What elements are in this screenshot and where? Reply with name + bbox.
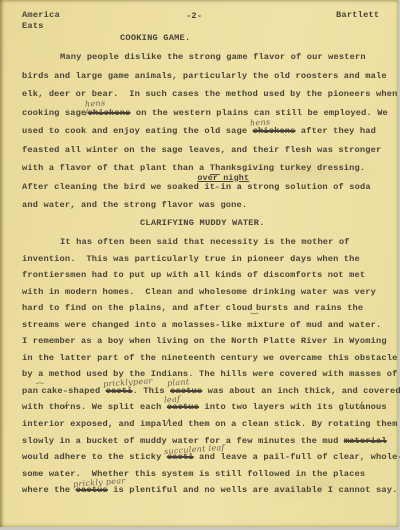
typed-line: in the latter part of the nineteenth cen… (22, 348, 398, 365)
typed-line: birds and large game animals, particular… (22, 65, 398, 84)
typed-text: After cleaning the bird we soaked (22, 182, 204, 192)
typed-text: with a flavor of that plant than a (22, 163, 210, 173)
handwritten-annotation: hens (249, 116, 270, 129)
typed-text: elk, deer or bear. In such cases the met… (22, 89, 397, 99)
typed-text: It has often been said that necessity is… (60, 237, 350, 247)
typed-text: with in modern homes. Clean and wholesom… (22, 287, 376, 297)
handwritten-annotation: hens (84, 97, 105, 110)
typed-text: and leave a pail-full of clear, whole- (194, 452, 400, 462)
section-cooking-game: Many people dislike the strong game flav… (0, 46, 398, 213)
pencil-mark: ⁀ (36, 384, 43, 395)
typed-text: in the latter part of the nineteenth cen… (22, 353, 397, 363)
pencil-correction-mark: / (358, 400, 363, 411)
typed-text: cake-shaped (41, 386, 105, 396)
typed-line: with thor/ns. We split each cactusleaf i… (22, 398, 398, 415)
typed-line: streams were changed into a molasses-lik… (22, 315, 398, 332)
struck-word: chickenshens (88, 107, 131, 119)
typed-text: by a method used by the Indians. The hil… (22, 369, 397, 379)
typed-text: Many people dislike the strong game flav… (60, 52, 366, 62)
typed-line: cooking sage/chickenshens on the western… (22, 102, 398, 121)
typed-line: where the cactusprickly pear is plentifu… (22, 481, 398, 498)
page-header: America Eats -2- Bartlett (0, 8, 398, 32)
typed-line: feasted all winter on the sage leaves, a… (22, 139, 398, 158)
section-clarifying-water: It has often been said that necessity is… (0, 233, 398, 498)
typewritten-page: America Eats -2- Bartlett COOKING GAME. … (0, 0, 398, 527)
typed-text: bursts and rains the (256, 303, 363, 313)
typed-line: Many people dislike the strong game flav… (22, 46, 398, 65)
handwritten-annotation: plant (167, 377, 190, 390)
typed-text: a/ (360, 402, 365, 413)
typed-text: ns. We split each (70, 402, 167, 412)
typed-line: hard to find on the plains, and after cl… (22, 299, 398, 316)
section-heading-cooking-game: COOKING GAME. (0, 33, 398, 43)
typed-text: birds and large game animals, particular… (22, 71, 387, 81)
typed-text: cooking sage (22, 108, 86, 118)
typed-line: It has often been said that necessity is… (22, 233, 398, 250)
typed-text: was about an inch thick, and covered (202, 386, 400, 396)
typed-text: r/ (65, 402, 70, 413)
typed-line: I remember as a boy when living on the N… (22, 332, 398, 349)
typed-text: nous (365, 402, 386, 412)
typed-line: interior exposed, and impall/ed them on … (22, 415, 398, 432)
pencil-correction-mark: / (63, 400, 68, 411)
typed-line: frontiersmen had to put up with all kind… (22, 266, 398, 283)
typed-text: would adhere to the sticky (22, 452, 167, 462)
typed-line: After cleaning the bird we soaked itover… (22, 176, 398, 195)
struck-word: chickenshens (253, 125, 296, 137)
typed-text: is plentiful and no wells are available … (108, 485, 398, 495)
typed-text: feasted all winter on the sage leaves, a… (22, 145, 381, 155)
typed-line: with in modern homes. Clean and wholesom… (22, 282, 398, 299)
struck-word: cactusprickly pear (76, 485, 108, 496)
typed-text: with tho (22, 402, 65, 412)
typed-text: where the (22, 485, 76, 495)
typed-line: by a method used by the Indians. The hil… (22, 365, 398, 382)
typed-line: invention. This was particularly true in… (22, 249, 398, 266)
typed-text: interior exposed, and impal (22, 419, 167, 429)
typed-text: used to cook and enjoy eating the old sa… (22, 126, 253, 136)
header-title-line2: Eats (22, 21, 44, 31)
handwritten-annotation: leaf (163, 393, 180, 405)
pencil-correction-mark: / (165, 416, 170, 427)
typed-text: after they had (296, 126, 376, 136)
typed-text: invention. This was particularly true in… (22, 254, 360, 264)
typed-text: I remember as a boy when living on the N… (22, 336, 387, 346)
typed-line: and water, and the strong flavor was gon… (22, 194, 398, 213)
header-author: Bartlett (336, 10, 379, 20)
header-title-line1: America (22, 10, 60, 20)
struck-word: cactisucculent leaf (167, 452, 194, 463)
typed-text: some water. Whether this system is still… (22, 469, 365, 479)
typed-text: frontiersmen had to put up with all kind… (22, 270, 365, 280)
struck-word: cactusleaf (167, 402, 199, 413)
section-heading-clarifying-water: CLARIFYING MUDDY WATER. (0, 218, 398, 228)
typed-text: ed them on a clean stick. By rotating th… (172, 419, 397, 429)
typed-line: used to cook and enjoy eating the old sa… (22, 120, 398, 139)
typed-text: streams were changed into a molasses-lik… (22, 320, 381, 330)
page-number: -2- (186, 11, 202, 21)
typed-line: pan⁀cake-shaped cactipricklypear. This c… (22, 381, 398, 398)
typed-text: l/ (167, 419, 172, 430)
typed-text: and water, and the strong flavor was gon… (22, 200, 247, 210)
typed-text: hard to find on the plains, and after cl… (22, 303, 253, 313)
typed-insertion: over night (197, 172, 249, 184)
typed-line: elk, deer or bear. In such cases the met… (22, 83, 398, 102)
typed-text: into two layers with its glut (199, 402, 360, 412)
typed-line: would adhere to the sticky cactisucculen… (22, 448, 398, 465)
struck-word: material (344, 436, 387, 447)
struck-word: cactipricklypear (106, 386, 133, 397)
